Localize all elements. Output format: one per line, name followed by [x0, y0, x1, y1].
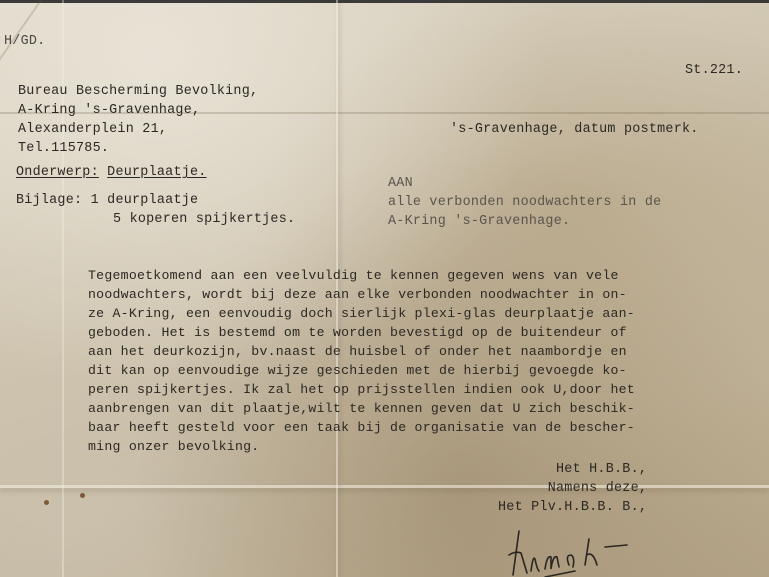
body-line: peren spijkertjes. Ik zal het op prijsst…: [88, 380, 635, 399]
attachments-label: Bijlage:: [16, 193, 82, 208]
body-line: geboden. Het is bestemd om te worden bev…: [88, 323, 635, 342]
closing-line: Het H.B.B.,: [498, 460, 647, 479]
place-date: 's-Gravenhage, datum postmerk.: [450, 120, 699, 139]
body-line: aanbrengen van dit plaatje,wilt te kenne…: [88, 399, 635, 418]
recipient-line: A-Kring 's-Gravenhage.: [388, 212, 661, 231]
body-line: ze A-Kring, een eenvoudig doch sierlijk …: [88, 304, 635, 323]
sender-line: Tel.115785.: [18, 139, 258, 158]
reference-code: H/GD.: [4, 32, 45, 51]
closing-block: Het H.B.B.,Namens deze,Het Plv.H.B.B. B.…: [498, 460, 647, 517]
subject-line: Onderwerp: Deurplaatje.: [16, 163, 207, 182]
body-line: noodwachters, wordt bij deze aan elke ve…: [88, 285, 635, 304]
signature-icon: [505, 525, 675, 577]
recipient-line: alle verbonden noodwachters in de: [388, 193, 661, 212]
attachment-item: 5 koperen spijkertjes.: [113, 212, 295, 227]
body-line: dit kan op eenvoudige wijze geschieden m…: [88, 361, 635, 380]
body-line: baar heeft gesteld voor een taak bij de …: [88, 418, 635, 437]
sender-address: Bureau Bescherming Bevolking,A-Kring 's-…: [18, 82, 258, 158]
attachments: Bijlage: 1 deurplaatje5 koperen spijkert…: [16, 191, 295, 229]
body-line: aan het deurkozijn, bv.naast de huisbel …: [88, 342, 635, 361]
closing-line: Het Plv.H.B.B. B.,: [498, 498, 647, 517]
top-edge: [0, 0, 769, 3]
attachment-item: 1 deurplaatje: [91, 193, 199, 208]
file-number: St.221.: [685, 61, 743, 80]
rust-stain: [44, 500, 49, 505]
subject-label: Onderwerp:: [16, 165, 99, 180]
closing-line: Namens deze,: [498, 479, 647, 498]
sender-line: Bureau Bescherming Bevolking,: [18, 82, 258, 101]
rust-stain: [80, 493, 85, 498]
recipient-block: AANalle verbonden noodwachters in deA-Kr…: [388, 174, 661, 231]
body-line: ming onzer bevolking.: [88, 437, 635, 456]
letter-body: Tegemoetkomend aan een veelvuldig te ken…: [88, 266, 635, 456]
body-line: Tegemoetkomend aan een veelvuldig te ken…: [88, 266, 635, 285]
recipient-heading: AAN: [388, 174, 661, 193]
sender-line: Alexanderplein 21,: [18, 120, 258, 139]
subject-value: Deurplaatje.: [107, 165, 206, 180]
sender-line: A-Kring 's-Gravenhage,: [18, 101, 258, 120]
